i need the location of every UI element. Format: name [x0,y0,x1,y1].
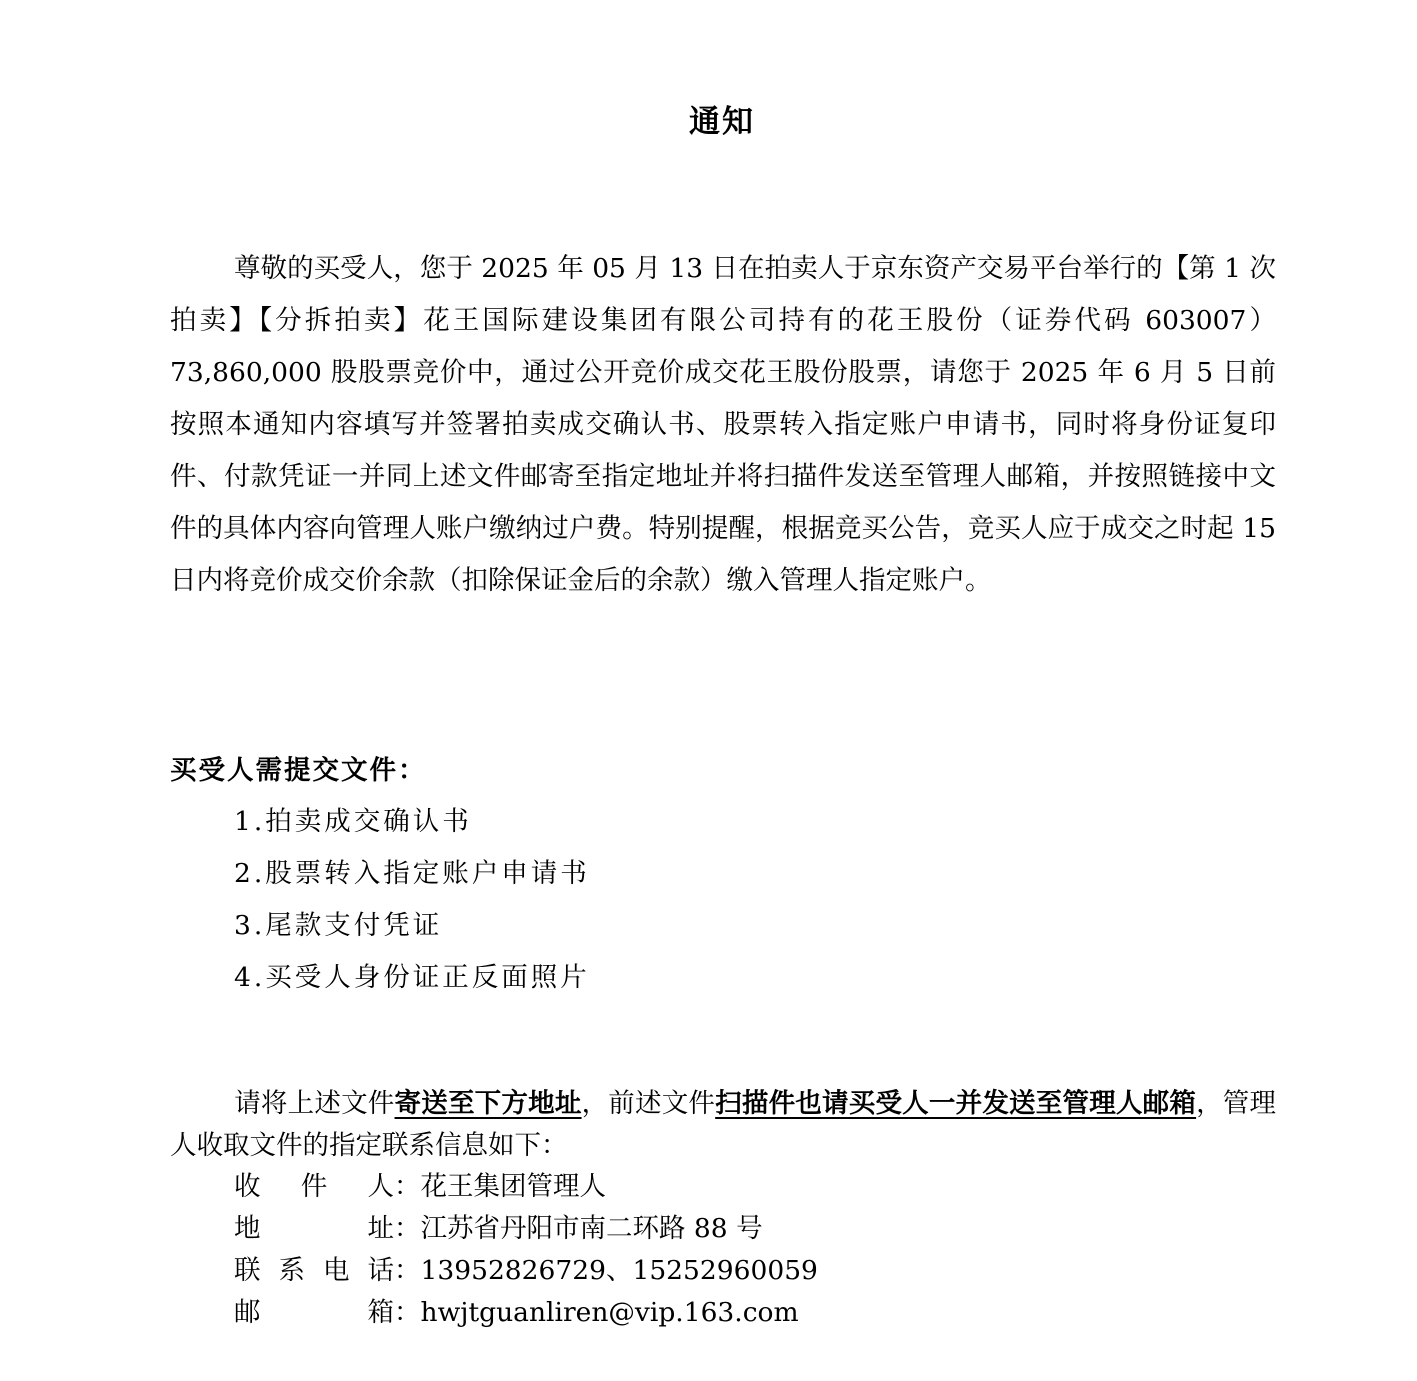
contact-row-email: 邮箱：hwjtguanliren@vip.163.com [234,1292,818,1334]
list-item: 1.拍卖成交确认书 [234,796,590,848]
contact-row-phone: 联系电话：13952826729、15252960059 [234,1250,818,1292]
colon: ： [394,1208,421,1250]
document-title: 通知 [0,96,1417,141]
delivery-address-emphasis: 寄送至下方地址 [395,1088,582,1119]
contact-value: hwjtguanliren@vip.163.com [421,1292,799,1334]
intro-paragraph: 尊敬的买受人，您于 2025 年 05 月 13 日在拍卖人于京东资产交易平台举… [170,243,1276,607]
contact-row-recipient: 收件人：花王集团管理人 [234,1166,818,1208]
contact-label: 收件人 [234,1166,394,1208]
contact-value: 花王集团管理人 [421,1166,607,1208]
list-item: 3.尾款支付凭证 [234,900,590,952]
contact-info: 收件人：花王集团管理人 地址：江苏省丹阳市南二环路 88 号 联系电话：1395… [234,1166,818,1334]
required-docs-list: 1.拍卖成交确认书 2.股票转入指定账户申请书 3.尾款支付凭证 4.买受人身份… [234,796,590,1004]
intro-text: 尊敬的买受人，您于 2025 年 05 月 13 日在拍卖人于京东资产交易平台举… [170,253,1276,596]
list-item: 4.买受人身份证正反面照片 [234,952,590,1004]
contact-value: 13952826729、15252960059 [421,1250,818,1292]
delivery-text-1: 请将上述文件 [234,1088,395,1119]
contact-value: 江苏省丹阳市南二环路 88 号 [421,1208,763,1250]
colon: ： [394,1250,421,1292]
scan-email-emphasis: 扫描件也请买受人一并发送至管理人邮箱 [715,1088,1196,1119]
colon: ： [394,1292,421,1334]
delivery-text-2: ，前述文件 [582,1088,716,1119]
required-docs-heading: 买受人需提交文件： [170,748,427,787]
contact-label: 地址 [234,1208,394,1250]
colon: ： [394,1166,421,1208]
contact-row-address: 地址：江苏省丹阳市南二环路 88 号 [234,1208,818,1250]
delivery-paragraph: 请将上述文件寄送至下方地址，前述文件扫描件也请买受人一并发送至管理人邮箱，管理人… [170,1083,1276,1167]
contact-label: 邮箱 [234,1292,394,1334]
contact-label: 联系电话 [234,1250,394,1292]
list-item: 2.股票转入指定账户申请书 [234,848,590,900]
